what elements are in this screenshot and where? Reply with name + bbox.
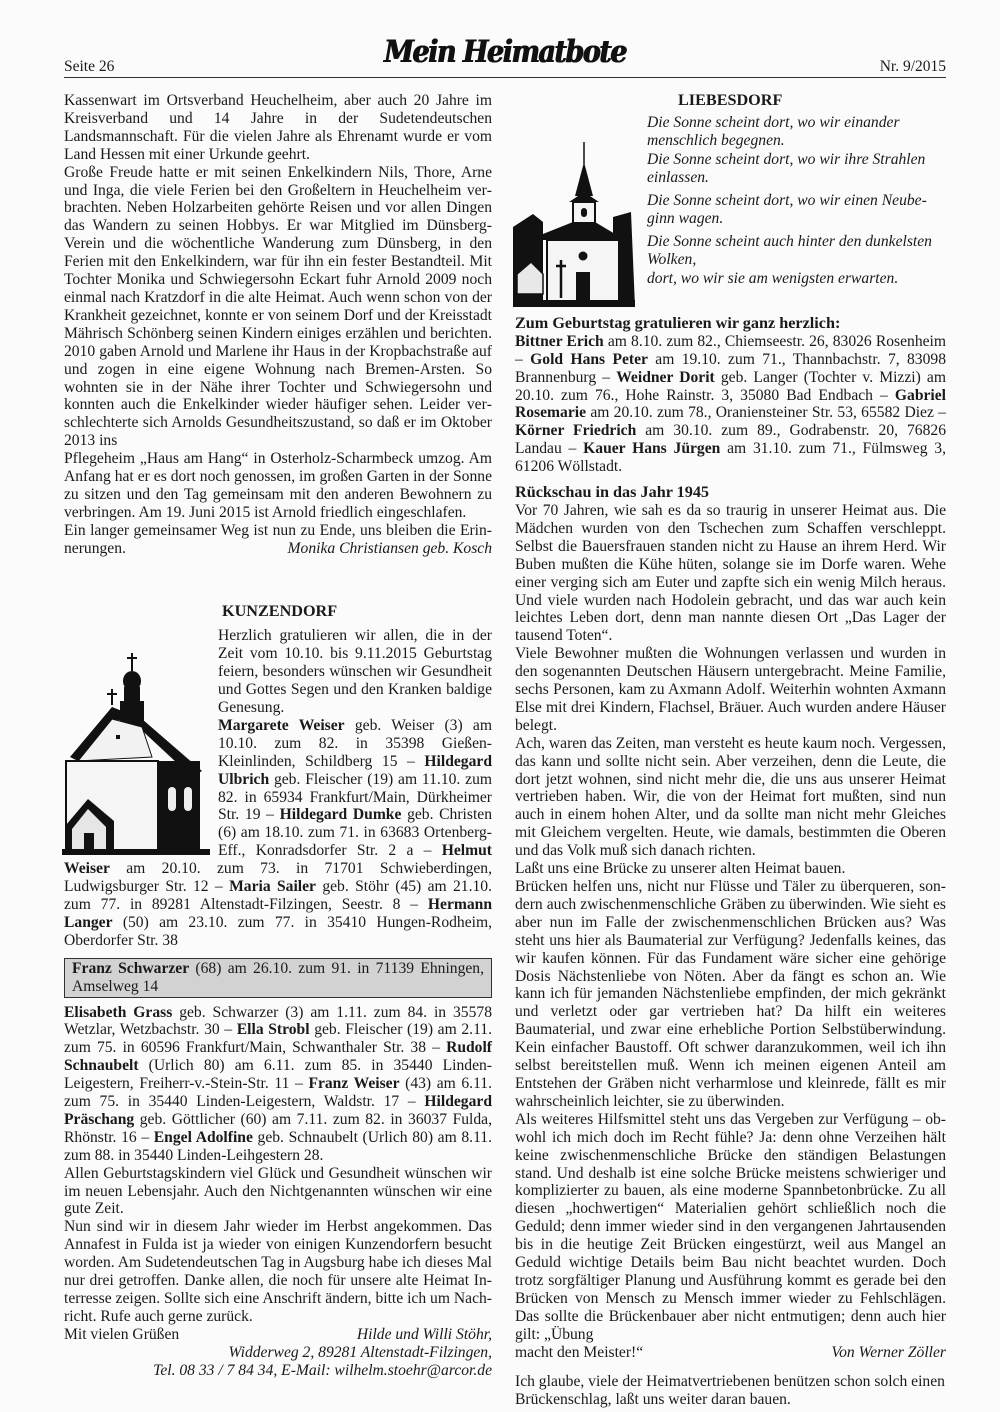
page-header: Seite 26 Mein Heimatbote Nr. 9/2015 [64, 48, 946, 78]
masthead-logo: Mein Heimatbote [384, 43, 626, 64]
signature-address: Widderweg 2, 89281 Altenstadt-Filzingen, [64, 1344, 492, 1362]
kunzendorf-closing: Nun sind wir in diesem Jahr wieder im He… [64, 1218, 492, 1325]
liebesdorf-section: LIEBESDORF Die Sonne scheint dort, wo wi… [515, 92, 946, 476]
person-name: Körner Friedrich [515, 422, 636, 439]
article-paragraph: Laßt uns eine Brücke zu unserer alten He… [515, 860, 946, 878]
article-last-line: macht den Meister!“ [515, 1344, 643, 1362]
article-paragraph: Viele Bewohner mußten die Wohnungen verl… [515, 645, 946, 735]
person-name: Gold Hans Peter [530, 351, 648, 368]
kunzendorf-greeting-line: Mit vielen Grüßen Hilde und Willi Stöhr, [64, 1326, 492, 1344]
article-paragraph: Als weiteres Hilfsmittel steht uns das V… [515, 1111, 946, 1344]
birthday-heading: Zum Geburtstag gratulieren wir ganz herz… [515, 315, 946, 333]
highlight-box-birthday: Franz Schwarzer (68) am 26.10. zum 91. i… [64, 958, 492, 998]
person-name: Elisabeth Grass [64, 1004, 172, 1021]
person-name: Franz Schwarzer [72, 960, 189, 977]
obituary-paragraph: Große Freude hatte er mit seinen Enkelki… [64, 164, 492, 451]
obituary-article: Kassenwart im Ortsverband Heuchelheim, a… [64, 92, 492, 557]
obituary-paragraph: Kassenwart im Ortsverband Heuchelheim, a… [64, 92, 492, 164]
greeting: Mit vielen Grüßen [64, 1326, 179, 1344]
birthday-details: (50) am 23.10. zum 77. in 35410 Hungen-R… [64, 914, 492, 949]
person-name: Ella Strobl [237, 1021, 310, 1038]
person-name: Weidner Dorit [616, 369, 715, 386]
person-name: Margarete Weiser [218, 717, 345, 734]
issue-number: Nr. 9/2015 [880, 58, 946, 76]
kunzendorf-closing: Allen Geburtstagskindern viel Glück und … [64, 1165, 492, 1219]
article-postscript: Ich glaube, viele der Heimatvertriebenen… [515, 1373, 946, 1409]
right-column: LIEBESDORF Die Sonne scheint dort, wo wi… [515, 92, 946, 1409]
section-title-kunzendorf: KUNZENDORF [222, 603, 492, 621]
article-closing-line: macht den Meister!“ Von Werner Zöller [515, 1344, 946, 1362]
signature-contact: Tel. 08 33 / 7 84 34, E-Mail: wilhelm.st… [64, 1362, 492, 1380]
article-author: Von Werner Zöller [831, 1344, 946, 1362]
church-illustration-liebesdorf [513, 142, 635, 307]
liebesdorf-birthdays: Bittner Erich am 8.10. zum 82., Chiemsee… [515, 333, 946, 476]
person-name: Bittner Erich [515, 333, 604, 350]
article-paragraph: Brücken helfen uns, nicht nur Flüsse und… [515, 878, 946, 1111]
person-name: Kauer Hans Jürgen [583, 440, 720, 457]
person-name: Hil­degard Dumke [280, 806, 402, 823]
person-name: Maria Sailer [229, 878, 316, 895]
person-name: Franz Weiser [308, 1075, 399, 1092]
article-paragraph: Ach, waren das Zeiten, man versteht es h… [515, 735, 946, 860]
signature-name: Hilde und Willi Stöhr, [357, 1326, 492, 1344]
article-title-rueckschau: Rückschau in das Jahr 1945 [515, 484, 946, 502]
kunzendorf-section: KUNZENDORF Herzlich gratulieren wir alle… [64, 603, 492, 1379]
church-illustration-kunzendorf [62, 649, 210, 855]
obituary-paragraph: Pflegeheim „Haus am Hang“ in Osterholz-S… [64, 450, 492, 522]
rueckschau-article: Rückschau in das Jahr 1945 Vor 70 Jahren… [515, 484, 946, 1409]
page-number: Seite 26 [64, 58, 114, 76]
birthday-details: am 20.10. zum 78., Oraniensteiner Str. 5… [586, 404, 946, 421]
kunzendorf-birthdays-2: Elisabeth Grass geb. Schwarzer (3) am 1.… [64, 1004, 492, 1165]
section-title-liebesdorf: LIEBESDORF [678, 92, 946, 110]
left-column: Kassenwart im Ortsverband Heuchelheim, a… [64, 92, 492, 1380]
article-paragraph: Vor 70 Jahren, wie sah es da so traurig … [515, 502, 946, 645]
person-name: En­gel Adolfine [154, 1129, 253, 1146]
